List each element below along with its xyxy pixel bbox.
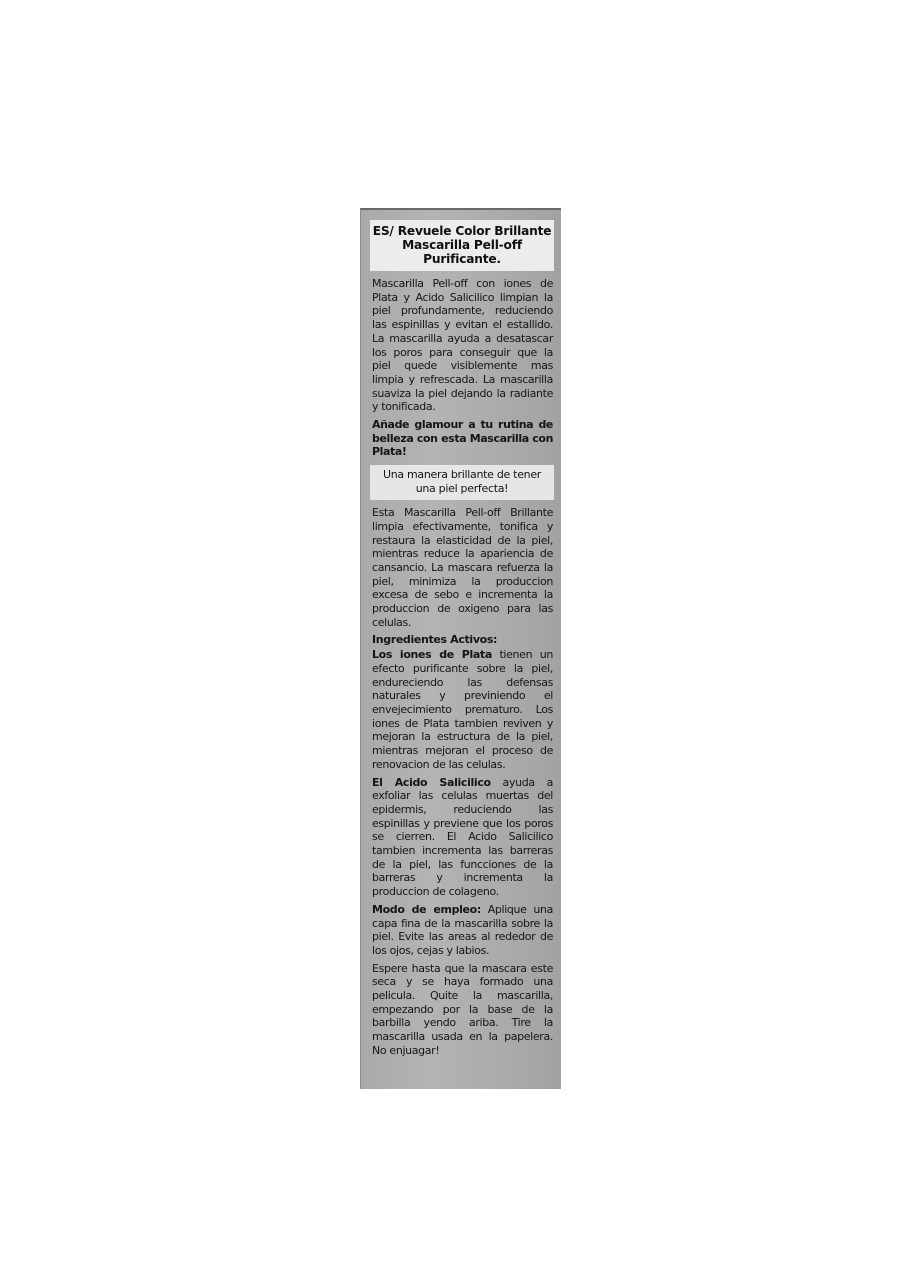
usage-continued-paragraph: Espere hasta que la mascara este seca y … [372,962,553,1058]
tagline: Añade glamour a tu rutina de belleza con… [372,418,553,459]
title-line: Mascarilla Pell-off [372,238,552,252]
description-paragraph: Esta Mascarilla Pell-off Brillante limpi… [372,506,553,629]
ingredients-heading: Ingredientes Activos: [372,633,553,647]
usage-paragraph: Modo de empleo: Aplique una capa fina de… [372,903,553,958]
title-line: ES/ Revuele Color Brillante [372,224,552,238]
ingredient-acid-name: El Acido Salicilico [372,776,491,789]
subtitle-line: una piel perfecta! [372,482,552,496]
product-label-panel: ES/ Revuele Color Brillante Mascarilla P… [360,208,561,1089]
usage-label: Modo de empleo: [372,903,481,916]
ingredient-silver-name: Los iones de Plata [372,648,492,661]
subtitle-banner: Una manera brillante de tener una piel p… [370,465,554,500]
ingredient-silver-paragraph: Los iones de Plata tienen un efecto puri… [372,648,553,771]
ingredient-silver-text: tienen un efecto purificante sobre la pi… [372,648,553,771]
ingredient-acid-text: ayuda a exfoliar las celulas muertas del… [372,776,553,899]
title-line: Purificante. [372,252,552,266]
intro-paragraph: Mascarilla Pell-off con iones de Plata y… [372,277,553,414]
subtitle-line: Una manera brillante de tener [372,468,552,482]
ingredient-acid-paragraph: El Acido Salicilico ayuda a exfoliar las… [372,776,553,899]
product-title: ES/ Revuele Color Brillante Mascarilla P… [370,220,554,271]
